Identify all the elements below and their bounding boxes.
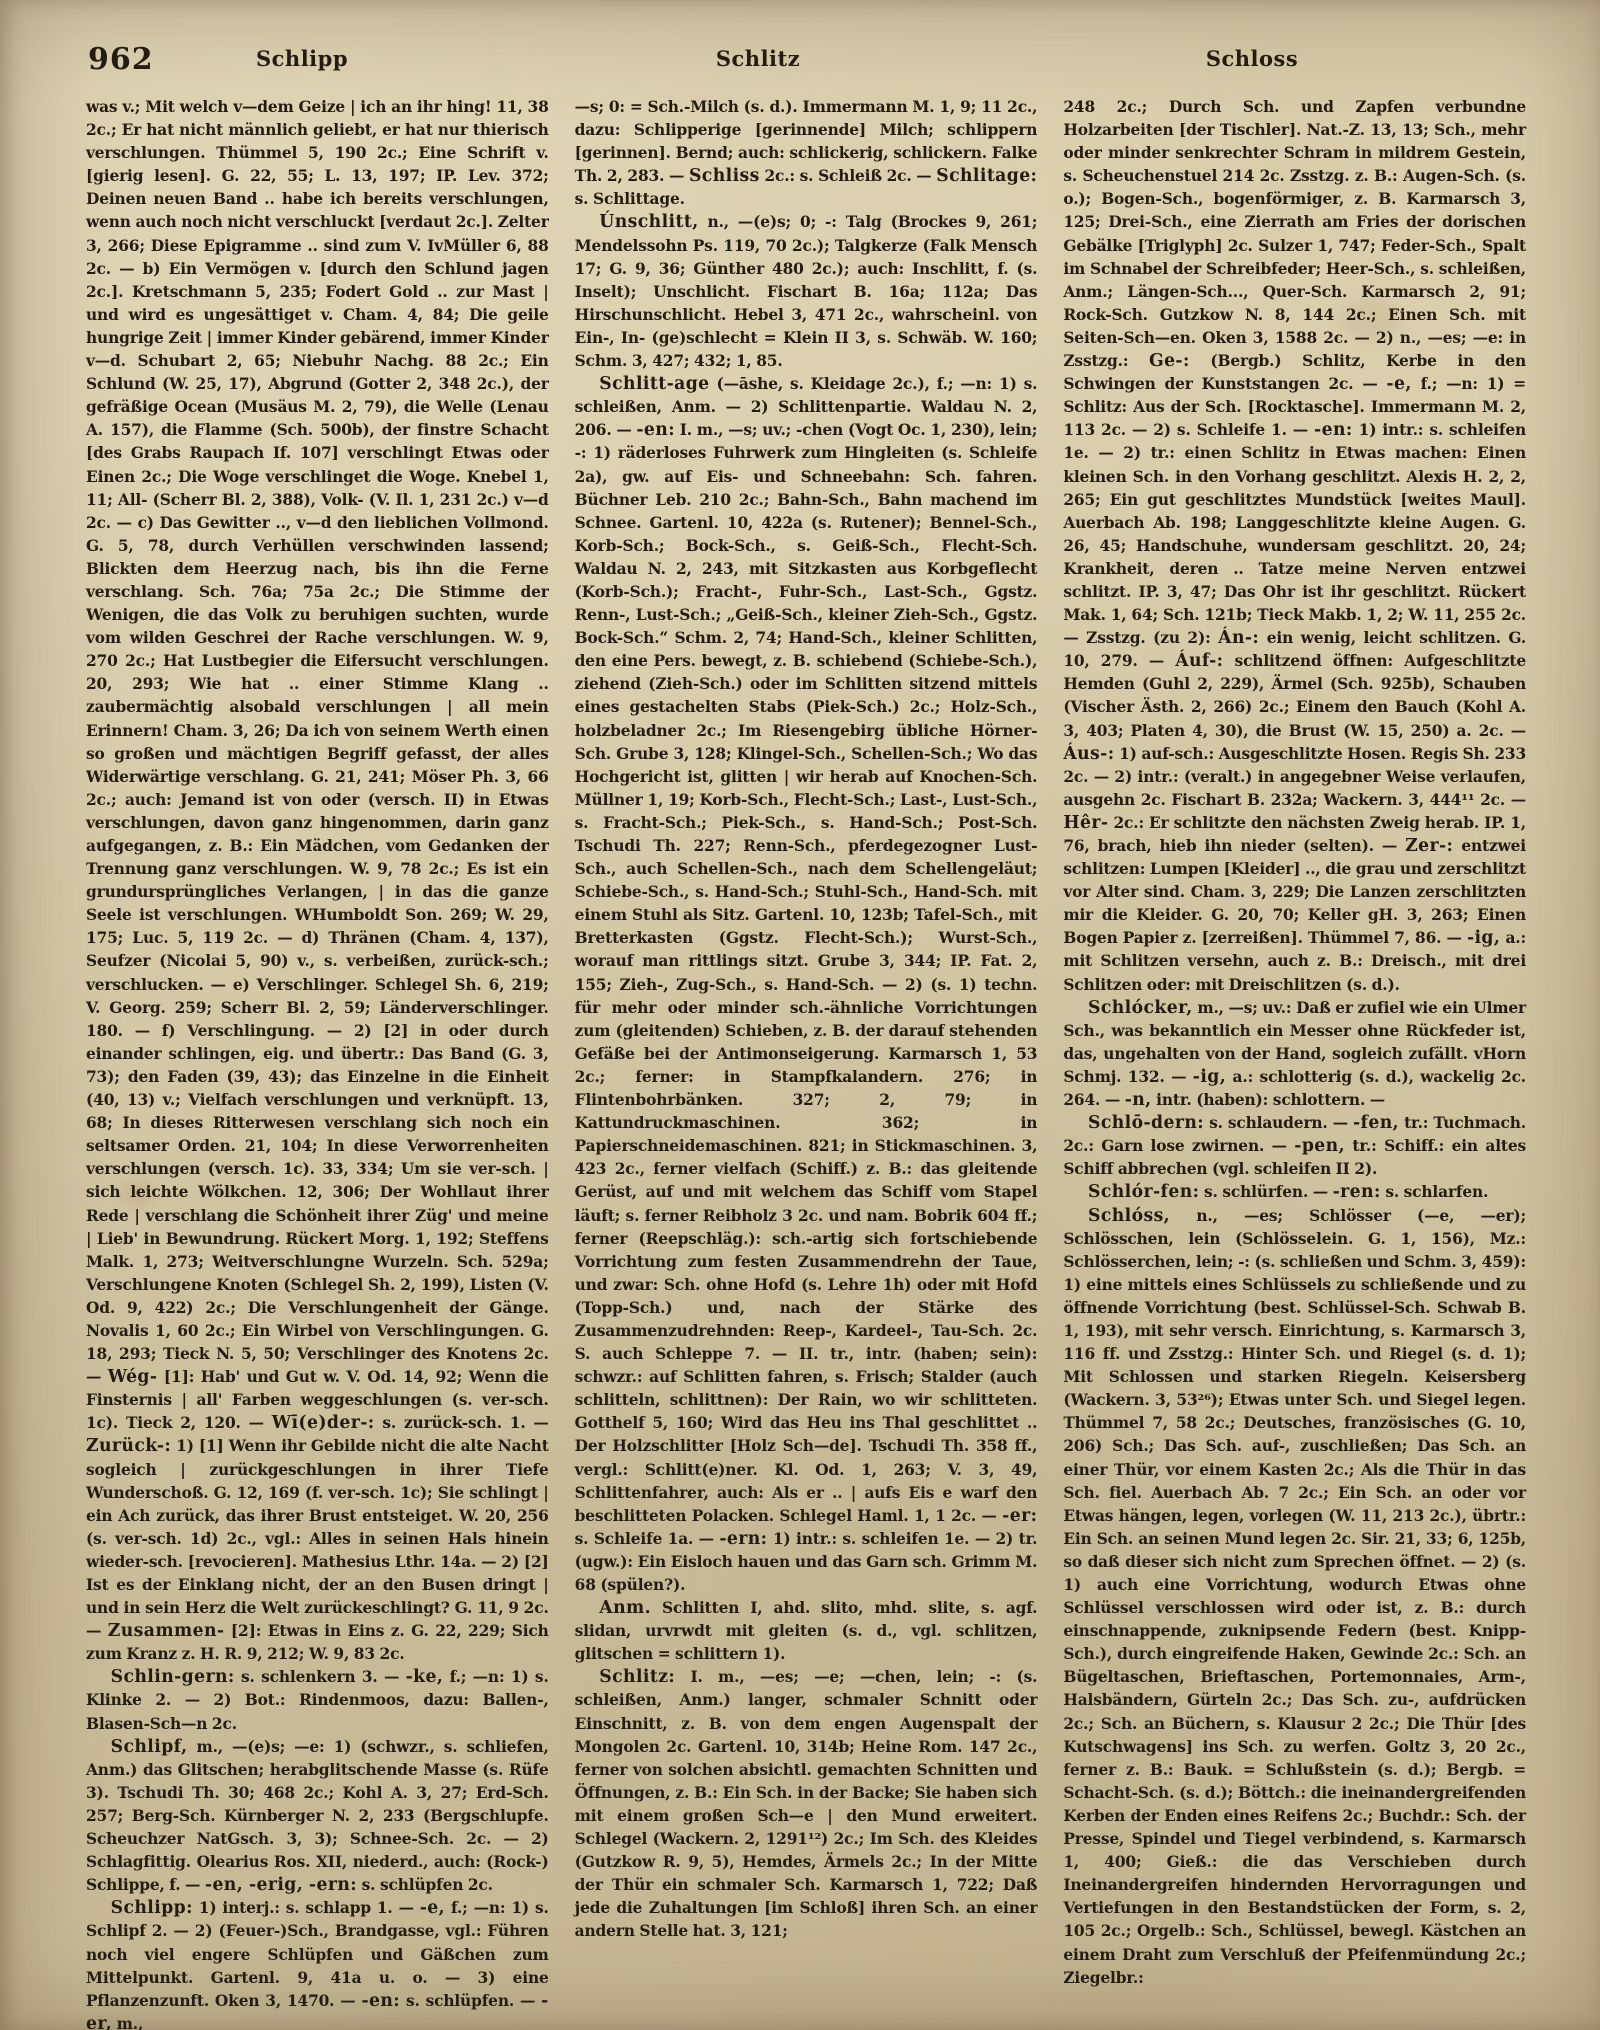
headword: -ren: — [1333, 1182, 1381, 1202]
entry-paragraph: Schlitt-age (—āshe, s. Kleidage 2c.), f.… — [575, 373, 1038, 1597]
headword: -ig, — [1193, 1067, 1226, 1087]
headword: -er, — [86, 1991, 549, 2030]
headword: Schlipp: — [111, 1898, 193, 1918]
entry-paragraph: Schlō-dern: s. schlaudern. — -fen, tr.: … — [1063, 1112, 1526, 1181]
headword: Zer-: — [1405, 836, 1453, 856]
headword: Schlócker, — [1088, 998, 1193, 1018]
headword: Schlitage: — [936, 166, 1037, 186]
headword: Schliss — [689, 166, 760, 186]
headword: -e, — [420, 1898, 445, 1918]
entry-paragraph: Schlitz: I. m., —es; —e; —chen, lein; -:… — [575, 1666, 1038, 1943]
headword: Schlin-gern: — [111, 1667, 235, 1687]
headword: Ge-: — [1149, 351, 1190, 371]
headword: Zurück-: — [86, 1436, 171, 1456]
text-columns: was v.; Mit welch v—dem Geize | ich an i… — [86, 96, 1526, 2030]
headword: Schlitz: — [599, 1667, 675, 1687]
headword: -n, — [1125, 1090, 1152, 1110]
headword: -fen, — [1353, 1113, 1399, 1133]
entry-paragraph: —s; 0: = Sch.-Milch (s. d.). Immermann M… — [575, 96, 1038, 211]
entry-paragraph: Schlipf, m., —(e)s; —e: 1) (schwzr., s. … — [86, 1736, 549, 1898]
entry-paragraph: Schlipp: 1) interj.: s. schlapp 1. — -e,… — [86, 1897, 549, 2030]
entry-paragraph: Anm. Schlitten I, ahd. slito, mhd. slite… — [575, 1597, 1038, 1666]
running-head-right: Schloss — [1206, 46, 1298, 71]
running-head-left: Schlipp — [256, 46, 348, 71]
column-2: —s; 0: = Sch.-Milch (s. d.). Immermann M… — [575, 96, 1038, 1944]
headword: -ig, — [1467, 928, 1500, 948]
entry-paragraph: Schlóss, n., —es; Schlösser (—e, —er); S… — [1063, 1205, 1526, 1990]
headword: -en: — [1314, 420, 1353, 440]
entry-paragraph: Schlócker, m., —s; uv.: Daß er zufiel wi… — [1063, 997, 1526, 1112]
headword: Wég- — [108, 1367, 158, 1387]
dictionary-page: 962 Schlipp Schlitz Schloss was v.; Mit … — [0, 0, 1600, 2030]
headword: Schlō-dern: — [1088, 1113, 1204, 1133]
page-number: 962 — [88, 42, 154, 77]
entry-paragraph: 248 2c.; Durch Sch. und Zapfen verbundne… — [1063, 96, 1526, 997]
headword: Wī(e)der-: — [272, 1413, 375, 1433]
headword: Schlór-fen: — [1088, 1182, 1199, 1202]
headword: -en: — [636, 420, 675, 440]
headword: Schlipf, — [111, 1737, 188, 1757]
entry-paragraph: was v.; Mit welch v—dem Geize | ich an i… — [86, 96, 549, 1666]
headword: Án-: — [1218, 628, 1259, 648]
headword: Hêr- — [1063, 813, 1108, 833]
headword: Schlitt-age — [599, 374, 709, 394]
headword: -e, — [1386, 374, 1411, 394]
headword: -er: — [1002, 1506, 1037, 1526]
headword: Áuf-: — [1175, 651, 1223, 671]
headword: -en, -erig, -ern: — [205, 1875, 357, 1895]
running-head-center: Schlitz — [716, 46, 800, 71]
entry-paragraph: Schlin-gern: s. schlenkern 3. — -ke, f.;… — [86, 1666, 549, 1735]
headword: Anm. — [599, 1598, 651, 1618]
headword: -ern: — [719, 1529, 767, 1549]
headword: -pen, — [1294, 1136, 1345, 1156]
column-1: was v.; Mit welch v—dem Geize | ich an i… — [86, 96, 549, 2030]
headword: Únschlitt, — [599, 212, 698, 232]
headword: Schlóss, — [1088, 1206, 1170, 1226]
entry-paragraph: Únschlitt, n., —(e)s; 0; -: Talg (Brocke… — [575, 211, 1038, 373]
headword: -ke, — [406, 1667, 444, 1687]
entry-paragraph: Schlór-fen: s. schlürfen. — -ren: s. sch… — [1063, 1181, 1526, 1204]
headword: -en: — [361, 1991, 400, 2011]
column-3: 248 2c.; Durch Sch. und Zapfen verbundne… — [1063, 96, 1526, 1990]
headword: Áus-: — [1063, 744, 1114, 764]
headword: Zusammen- — [108, 1621, 225, 1641]
